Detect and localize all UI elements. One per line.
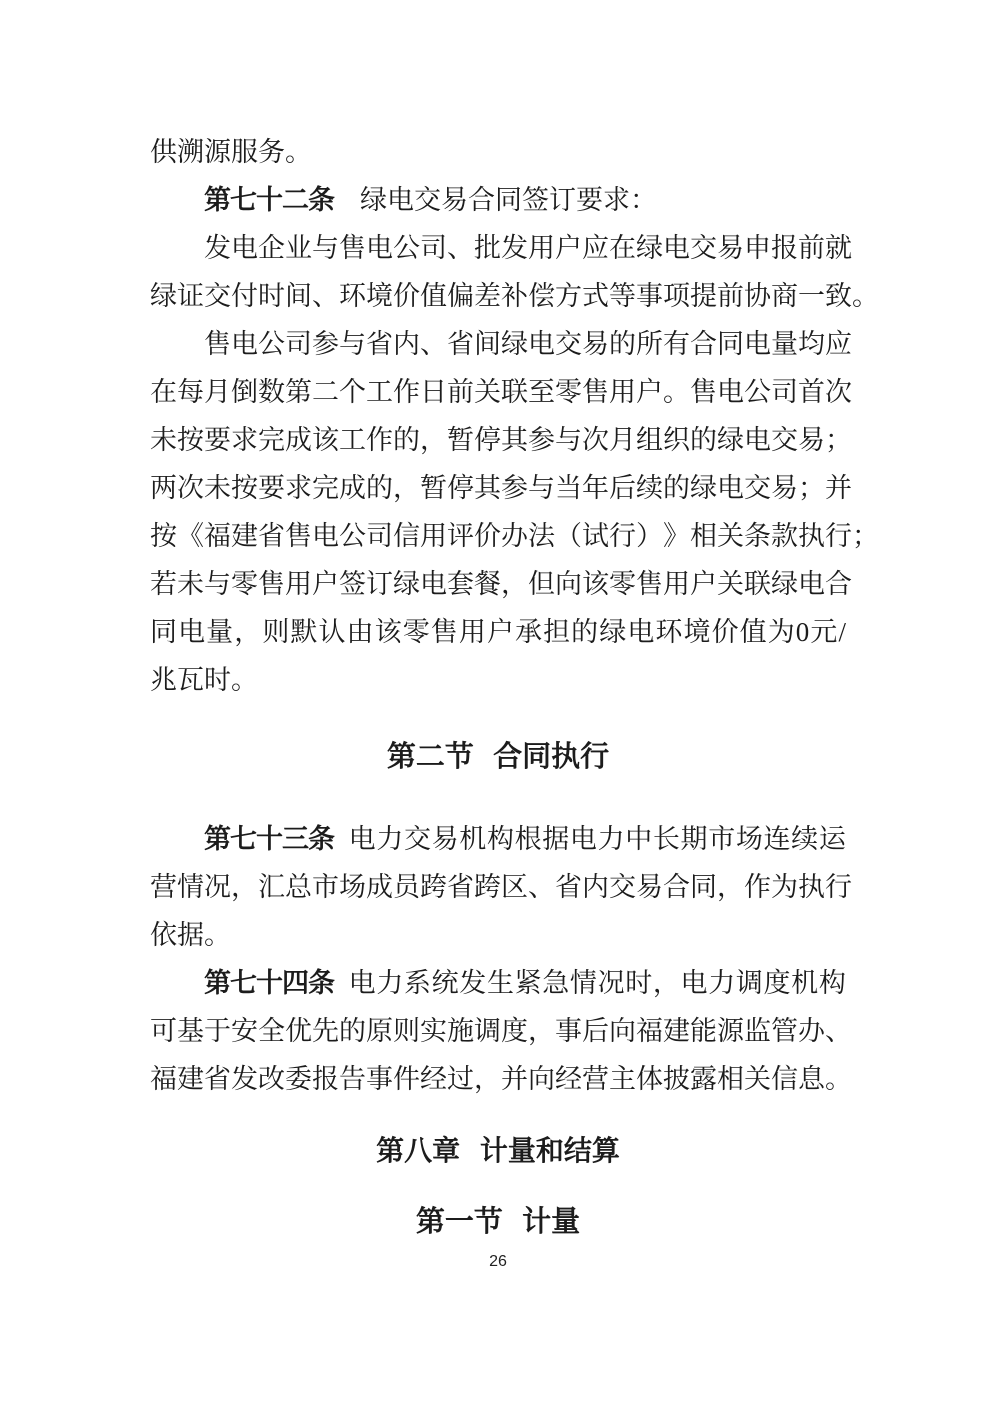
glyph: ； [798,464,825,512]
text-line: 按《福建省售电公司信用评价办法（试行）》相关条款执行； [150,512,846,560]
glyph: 行 [825,863,852,911]
glyph: 户 [312,560,339,608]
glyph: 式 [582,272,609,320]
glyph: 调 [474,1007,501,1055]
glyph: 电 [717,464,744,512]
text-line: 同电量，则默认由该零售用户承担的绿电环境价值为0元/ [150,608,846,656]
glyph: 电 [420,560,447,608]
glyph: 长 [653,815,680,863]
glyph: 省 [555,863,582,911]
glyph: 电 [349,959,376,1007]
glyph: 发 [459,959,486,1007]
glyph: 急 [542,959,569,1007]
glyph: 业 [285,224,312,272]
glyph: 向 [555,560,582,608]
glyph: 总 [285,863,312,911]
glyph: 构 [487,815,514,863]
glyph: 委 [285,1055,312,1103]
glyph: 、 [447,224,474,272]
text-line: 第七十二条绿电交易合同签订要求： [150,176,846,224]
glyph: 告 [339,1055,366,1103]
glyph: 》 [663,512,690,560]
glyph: 倒 [231,368,258,416]
glyph: 能 [690,1007,717,1055]
glyph: ； [852,512,879,560]
glyph: 前 [717,272,744,320]
glyph: 省 [204,1055,231,1103]
glyph: 安 [231,1007,258,1055]
glyph: 与 [204,560,231,608]
glyph: 司 [366,512,393,560]
page-number: 26 [150,1252,846,1272]
glyph: 原 [366,1007,393,1055]
glyph: ） [636,512,663,560]
glyph: 要 [258,464,285,512]
text-line: 在每月倒数第二个工作日前关联至零售用户。售电公司首次 [150,368,846,416]
glyph: 与 [312,224,339,272]
glyph: 担 [543,608,570,656]
glyph: 境 [683,608,710,656]
glyph: 事 [366,1055,393,1103]
glyph: 机 [791,959,818,1007]
article-number: 第七十四条 [204,959,334,1007]
glyph: 福 [204,512,231,560]
glyph: 关 [744,1055,771,1103]
glyph: 等 [609,272,636,320]
glyph: 并 [501,1055,528,1103]
glyph: 由 [347,608,374,656]
glyph: 交 [204,272,231,320]
glyph: ， [474,1055,501,1103]
glyph: 事 [636,272,663,320]
text-line: 第七十四条电力系统发生紧急情况时，电力调度机构 [150,959,846,1007]
glyph: 致 [825,272,852,320]
glyph: 构 [819,959,846,1007]
glyph: 续 [791,815,818,863]
glyph: 售 [204,320,231,368]
glyph: 息 [798,1055,825,1103]
glyph: 则 [393,1007,420,1055]
glyph: 按 [150,512,177,560]
section-heading-contract-execution: 第二节 合同执行 [150,733,846,781]
glyph: 据 [542,815,569,863]
glyph: 关 [717,560,744,608]
glyph: 电 [744,416,771,464]
glyph: 价 [474,512,501,560]
glyph: （ [555,512,582,560]
glyph: 价 [393,272,420,320]
glyph: 改 [258,1055,285,1103]
glyph: 运 [819,815,846,863]
glyph: ， [717,863,744,911]
glyph: 日 [420,368,447,416]
glyph: 元 [810,608,837,656]
glyph: 电 [798,560,825,608]
glyph: 。 [663,368,690,416]
glyph: 企 [258,224,285,272]
glyph: 电 [663,224,690,272]
glyph: 签 [339,560,366,608]
glyph: 批 [474,224,501,272]
glyph: 交 [555,320,582,368]
glyph: 暂 [420,464,447,512]
glyph: 用 [285,560,312,608]
text-line: 绿证交付时间、环境价值偏差补偿方式等事项提前协商一致。 [150,272,846,320]
glyph: ， [501,560,528,608]
glyph: 执 [798,512,825,560]
glyph: 两 [150,464,177,512]
glyph: 的 [609,320,636,368]
text-line: 供溯源服务。 [150,128,846,176]
glyph: 一 [798,272,825,320]
glyph: 值 [420,272,447,320]
glyph: 则 [262,608,289,656]
glyph: 可 [150,1007,177,1055]
glyph: 前 [447,368,474,416]
glyph: 认 [318,608,345,656]
glyph: 年 [582,464,609,512]
glyph: 易 [582,320,609,368]
text-line: 营情况，汇总市场成员跨省跨区、省内交易合同，作为执行 [150,863,846,911]
glyph: ， [528,1007,555,1055]
glyph: 跨 [474,863,501,911]
glyph: 售 [582,368,609,416]
glyph: 该 [582,560,609,608]
glyph: 基 [177,1007,204,1055]
glyph: 内 [582,863,609,911]
glyph: 度 [501,1007,528,1055]
glyph: 监 [744,1007,771,1055]
glyph: 评 [447,512,474,560]
glyph: 市 [708,815,735,863]
glyph: 况 [204,863,231,911]
glyph: 建 [231,512,258,560]
glyph: 易 [717,224,744,272]
section-heading-metering: 第一节 计量 [150,1198,846,1246]
glyph: 连 [764,815,791,863]
glyph: 绿 [599,608,626,656]
text-line: 发电企业与售电公司、批发用户应在绿电交易申报前就 [150,224,846,272]
glyph: 合 [825,560,852,608]
glyph: 建 [177,1055,204,1103]
glyph: 求 [285,464,312,512]
glyph: 时 [625,959,652,1007]
glyph: 成 [285,416,312,464]
glyph: 交 [609,863,636,911]
glyph: 信 [771,1055,798,1103]
glyph: 协 [744,272,771,320]
glyph: 紧 [515,959,542,1007]
glyph: 经 [555,1055,582,1103]
glyph: 零 [231,560,258,608]
glyph: 电 [570,815,597,863]
glyph: 二 [312,368,339,416]
text-line: 售电公司参与省内、省间绿电交易的所有合同电量均应 [150,320,846,368]
glyph: ， [234,608,261,656]
glyph: 当 [555,464,582,512]
glyph: 条 [744,512,771,560]
glyph: 组 [636,416,663,464]
glyph: 过 [447,1055,474,1103]
glyph: 环 [339,272,366,320]
glyph: ， [653,959,680,1007]
glyph: 披 [663,1055,690,1103]
glyph: 补 [501,272,528,320]
glyph: 次 [825,368,852,416]
glyph: 系 [404,959,431,1007]
text-line: 福建省发改委报告事件经过，并向经营主体披露相关信息。 [150,1055,846,1103]
glyph: 求 [231,416,258,464]
glyph: ， [231,863,258,911]
glyph: 偿 [528,272,555,320]
glyph: 发 [231,1055,258,1103]
glyph: 绿 [501,320,528,368]
glyph: 量 [206,608,233,656]
glyph: 事 [555,1007,582,1055]
glyph: 并 [825,464,852,512]
glyph: 电 [312,512,339,560]
glyph: 易 [636,863,663,911]
glyph: 要 [204,416,231,464]
glyph: 营 [150,863,177,911]
line-text: 依据。 [150,920,231,950]
glyph: 数 [258,368,285,416]
glyph: 次 [582,416,609,464]
glyph: 默 [290,608,317,656]
glyph: 司 [285,320,312,368]
glyph: 户 [555,224,582,272]
glyph: 发 [501,224,528,272]
glyph: 员 [393,863,420,911]
glyph: 的 [663,464,690,512]
glyph: 后 [609,464,636,512]
document-page: 供溯源服务。第七十二条绿电交易合同签订要求：发电企业与售电公司、批发用户应在绿电… [0,0,992,1403]
glyph: 与 [528,464,555,512]
glyph: 未 [204,464,231,512]
glyph: 境 [366,272,393,320]
glyph: 套 [447,560,474,608]
glyph: 建 [663,1007,690,1055]
glyph: 区 [501,863,528,911]
glyph: 联 [744,560,771,608]
glyph: 与 [555,416,582,464]
glyph: 间 [285,272,312,320]
text-line: 若未与零售用户签订绿电套餐，但向该零售用户关联绿电合 [150,560,846,608]
glyph: 根 [515,815,542,863]
glyph: 停 [447,464,474,512]
glyph: 施 [447,1007,474,1055]
glyph: 前 [798,224,825,272]
glyph: 露 [690,1055,717,1103]
glyph: 电 [627,608,654,656]
chapter-heading-metering-settlement: 第八章 计量和结算 [150,1127,846,1175]
glyph: 工 [366,368,393,416]
glyph: 值 [740,608,767,656]
glyph: 度 [764,959,791,1007]
glyph: 均 [798,320,825,368]
glyph: 电 [366,224,393,272]
glyph: 若 [150,560,177,608]
text-column: 供溯源服务。第七十二条绿电交易合同签订要求：发电企业与售电公司、批发用户应在绿电… [150,0,846,1272]
glyph: 中 [625,815,652,863]
glyph: 期 [681,815,708,863]
glyph: 至 [528,368,555,416]
text-line: 依据。 [150,911,846,959]
glyph: 月 [204,368,231,416]
glyph: 用 [609,368,636,416]
glyph: ， [393,464,420,512]
glyph: 0 [796,608,810,656]
glyph: 主 [609,1055,636,1103]
glyph: 其 [474,464,501,512]
glyph: 。 [825,1055,852,1103]
glyph: 停 [474,416,501,464]
glyph: 报 [312,1055,339,1103]
glyph: 的 [571,608,598,656]
glyph: 力 [376,815,403,863]
glyph: 差 [474,272,501,320]
glyph: 力 [598,815,625,863]
glyph: 有 [663,320,690,368]
glyph: 订 [366,560,393,608]
glyph: 售 [636,560,663,608]
glyph: 法 [528,512,555,560]
glyph: 未 [150,416,177,464]
glyph: 售 [258,560,285,608]
glyph: 联 [501,368,528,416]
glyph: 公 [393,224,420,272]
glyph: 汇 [258,863,285,911]
glyph: 实 [420,1007,447,1055]
glyph: 件 [393,1055,420,1103]
glyph: 该 [312,416,339,464]
glyph: 参 [312,320,339,368]
line-text: 兆瓦时。 [150,665,258,695]
glyph: 省 [258,512,285,560]
glyph: 绿 [636,224,663,272]
body-block-2: 第七十三条电力交易机构根据电力中长期市场连续运营情况，汇总市场成员跨省跨区、省内… [150,815,846,1103]
glyph: 、 [420,320,447,368]
glyph: 次 [177,464,204,512]
glyph: 合 [690,320,717,368]
body-block-1: 供溯源服务。第七十二条绿电交易合同签订要求：发电企业与售电公司、批发用户应在绿电… [150,128,846,704]
glyph: 场 [339,863,366,911]
glyph: 报 [771,224,798,272]
glyph: 行 [825,512,852,560]
glyph: 的 [339,1007,366,1055]
glyph: 电 [178,608,205,656]
glyph: 户 [690,560,717,608]
glyph: 全 [258,1007,285,1055]
glyph: 间 [474,320,501,368]
glyph: 公 [744,368,771,416]
glyph: 。 [852,272,879,320]
glyph: 关 [717,512,744,560]
text-line: 第七十三条电力交易机构根据电力中长期市场连续运 [150,815,846,863]
glyph: 、 [312,272,339,320]
glyph: 、 [528,863,555,911]
glyph: 《 [177,512,204,560]
glyph: 机 [459,815,486,863]
glyph: 、 [825,1007,852,1055]
glyph: 成 [366,863,393,911]
glyph: 绿 [690,464,717,512]
glyph: 的 [393,416,420,464]
text-line: 可基于安全优先的原则实施调度，事后向福建能源监管办、 [150,1007,846,1055]
glyph: 与 [339,320,366,368]
glyph: 在 [609,224,636,272]
glyph: 未 [177,560,204,608]
glyph: 为 [771,863,798,911]
glyph: 同 [150,608,177,656]
glyph: 试 [582,512,609,560]
glyph: 款 [771,512,798,560]
glyph: ， [420,416,447,464]
glyph: 省 [447,863,474,911]
glyph: 在 [150,368,177,416]
glyph: 证 [177,272,204,320]
glyph: 情 [177,863,204,911]
glyph: 偏 [447,272,474,320]
glyph: 营 [582,1055,609,1103]
glyph: 作 [366,416,393,464]
glyph: 售 [339,224,366,272]
glyph: 向 [528,1055,555,1103]
glyph: 用 [528,224,555,272]
glyph: 完 [258,416,285,464]
glyph: 绿 [150,272,177,320]
glyph: 电 [528,320,555,368]
glyph: 相 [690,512,717,560]
glyph: 参 [528,416,555,464]
glyph: 暂 [447,416,474,464]
glyph: 执 [798,863,825,911]
glyph: 每 [177,368,204,416]
glyph: 售 [690,368,717,416]
glyph: 为 [768,608,795,656]
glyph: 完 [312,464,339,512]
glyph: 电 [717,368,744,416]
glyph: 交 [690,224,717,272]
text-line: 未按要求完成该工作的，暂停其参与次月组织的绿电交易； [150,416,846,464]
glyph: 作 [393,368,420,416]
glyph: 织 [663,416,690,464]
line-text: 供溯源服务。 [150,137,312,167]
glyph: 项 [663,272,690,320]
article-number: 第七十二条 [204,185,334,215]
glyph: 户 [487,608,514,656]
glyph: 易 [771,464,798,512]
glyph: 零 [403,608,430,656]
glyph: 但 [528,560,555,608]
glyph: 公 [258,320,285,368]
glyph: 月 [609,416,636,464]
glyph: 先 [312,1007,339,1055]
glyph: 用 [420,512,447,560]
text-line: 两次未按要求完成的，暂停其参与当年后续的绿电交易；并 [150,464,846,512]
text-line: 兆瓦时。 [150,656,846,704]
glyph: 向 [609,1007,636,1055]
glyph: 省 [447,320,474,368]
glyph: 交 [744,464,771,512]
glyph: 价 [712,608,739,656]
glyph: 申 [744,224,771,272]
glyph: 司 [771,368,798,416]
glyph: 同 [717,320,744,368]
glyph: 相 [717,1055,744,1103]
glyph: 提 [690,272,717,320]
glyph: 市 [312,863,339,911]
